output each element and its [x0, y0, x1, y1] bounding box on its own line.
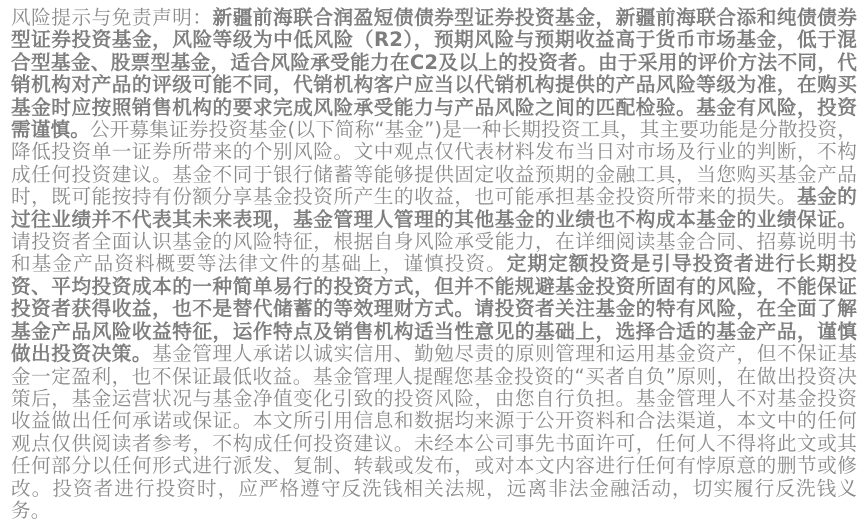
risk-disclaimer-text: 风险提示与免责声明：新疆前海联合润盈短债债券型证券投资基金，新疆前海联合添和纯债…	[11, 7, 857, 487]
manager-commitment-and-legal-notice: 基金管理人承诺以诚实信用、勤勉尽责的原则管理和运用基金资产，但不保证基金一定盈利…	[11, 342, 857, 487]
disclaimer-heading: 风险提示与免责声明：	[11, 6, 213, 29]
fund-general-description: 公开募集证券投资基金(以下简称“基金”)是一种长期投资工具，其主要功能是分散投资…	[11, 118, 857, 208]
